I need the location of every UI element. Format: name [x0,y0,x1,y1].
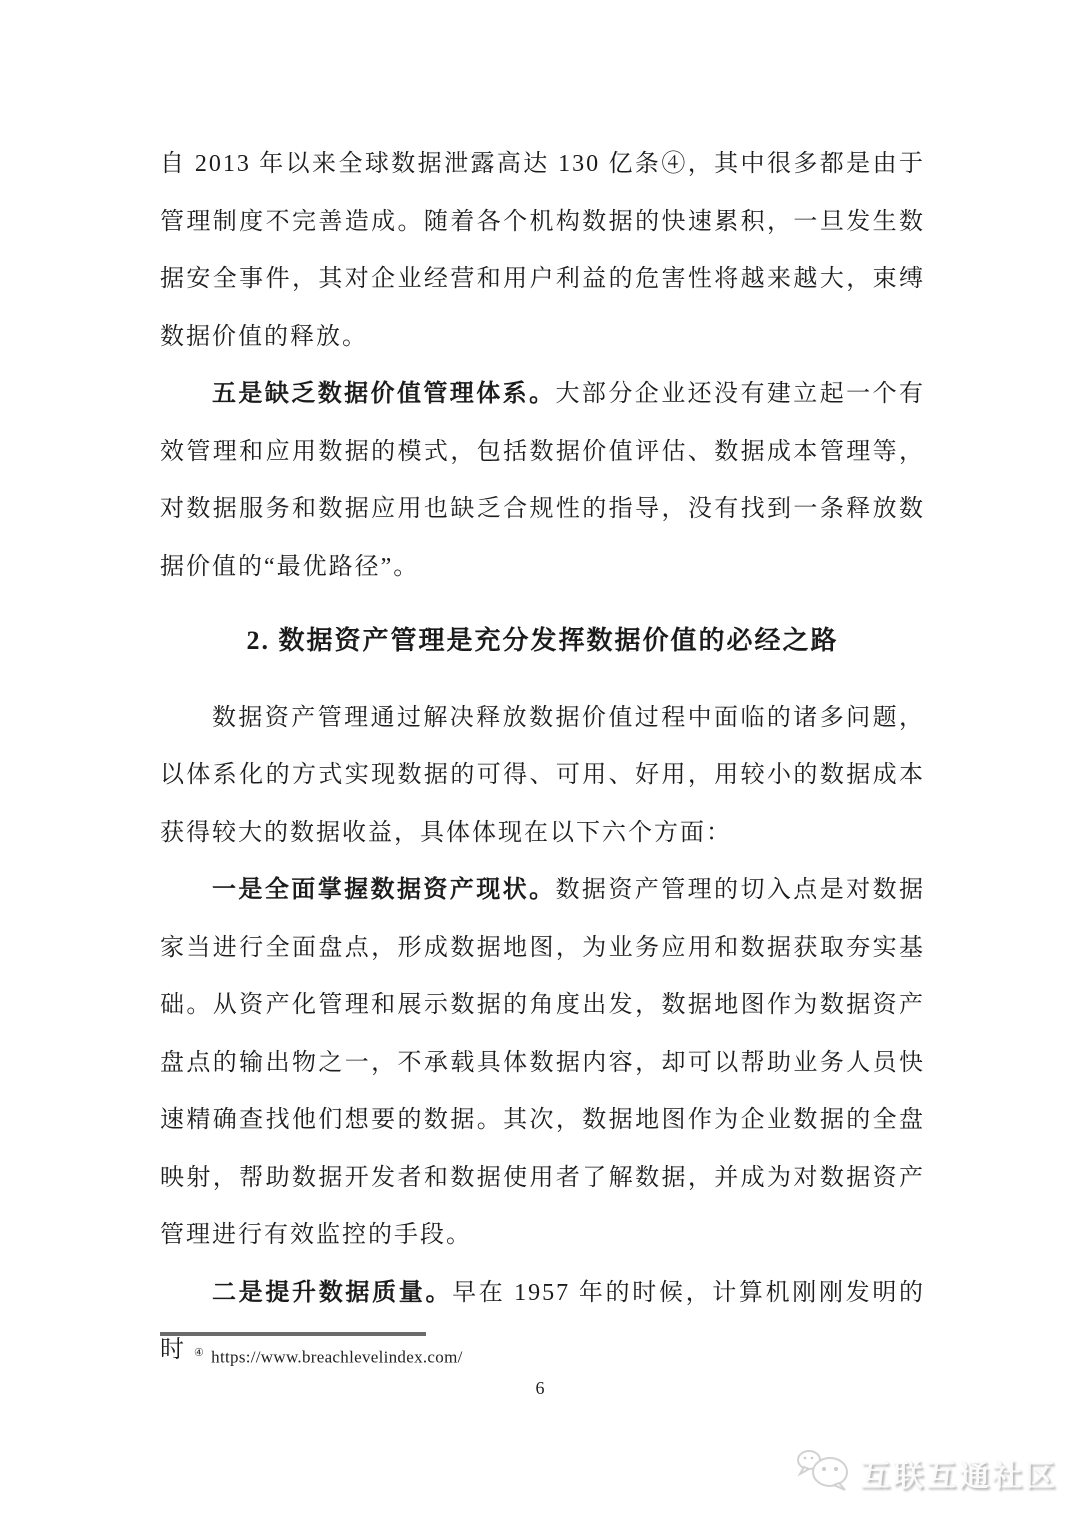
document-body: 自 2013 年以来全球数据泄露高达 130 亿条④，其中很多都是由于管理制度不… [160,136,925,1380]
footnote-url[interactable]: https://www.breachlevelindex.com/ [211,1348,462,1367]
page-number: 6 [0,1378,1080,1399]
paragraph-point-five-lead: 五是缺乏数据价值管理体系。 [212,381,556,407]
paragraph-point-one-lead: 一是全面掌握数据资产现状。 [212,877,556,903]
wechat-bubbles-icon [796,1446,852,1499]
section-heading: 2. 数据资产管理是充分发挥数据价值的必经之路 [160,612,925,670]
paragraph-intro-six-aspects-text: 数据资产管理通过解决释放数据价值过程中面临的诸多问题，以体系化的方式实现数据的可… [160,705,925,846]
paragraph-point-two-lead: 二是提升数据质量。 [212,1280,452,1306]
footnote-separator [160,1332,426,1336]
paragraph-data-breach: 自 2013 年以来全球数据泄露高达 130 亿条④，其中很多都是由于管理制度不… [160,136,925,366]
paragraph-point-five: 五是缺乏数据价值管理体系。大部分企业还没有建立起一个有效管理和应用数据的模式，包… [160,366,925,596]
footnote: ④https://www.breachlevelindex.com/ [160,1346,463,1368]
paragraph-point-five-rest: 大部分企业还没有建立起一个有效管理和应用数据的模式，包括数据价值评估、数据成本管… [160,381,925,580]
paragraph-point-one-rest: 数据资产管理的切入点是对数据家当进行全面盘点，形成数据地图，为业务应用和数据获取… [160,877,925,1248]
watermark-text: 互联互通社区 [860,1451,1058,1495]
footnote-marker: ④ [194,1347,204,1359]
paragraph-point-one: 一是全面掌握数据资产现状。数据资产管理的切入点是对数据家当进行全面盘点，形成数据… [160,862,925,1265]
paragraph-intro-six-aspects: 数据资产管理通过解决释放数据价值过程中面临的诸多问题，以体系化的方式实现数据的可… [160,690,925,863]
paragraph-data-breach-text: 自 2013 年以来全球数据泄露高达 130 亿条④，其中很多都是由于管理制度不… [160,151,925,350]
watermark: 互联互通社区 [796,1446,1058,1499]
